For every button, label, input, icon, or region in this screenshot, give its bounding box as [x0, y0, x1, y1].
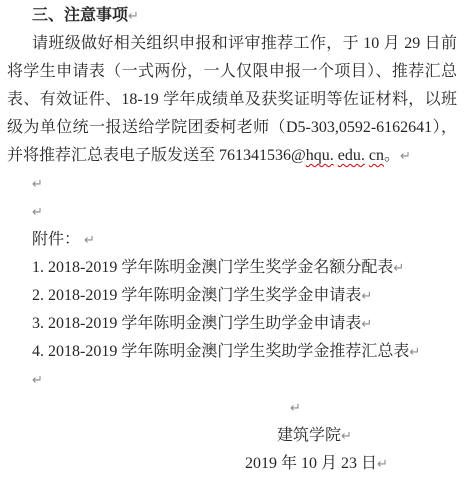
empty-line: ↵ [7, 394, 457, 422]
attachment-item-text: 3. 2018-2019 学年陈明金澳门学生助学金申请表 [32, 315, 361, 332]
paragraph-mark: ↵ [84, 233, 95, 248]
paragraph-mark: ↵ [400, 149, 411, 164]
email-user: 761341536@ [219, 147, 306, 164]
paragraph-mark: ↵ [32, 177, 43, 192]
body-line: 表、有效证件、18-19 学年成绩单及获奖证明等佐证材料，以班 [7, 86, 457, 114]
email-domain-spellcheck: cn [369, 147, 384, 164]
attachment-item: 4. 2018-2019 学年陈明金澳门学生奖助学金推荐汇总表↵ [7, 338, 457, 366]
signature-org: 建筑学院 [277, 427, 341, 444]
attachments-label-line: 附件：↵ [7, 226, 457, 254]
email-trailing-punct: 。 [384, 147, 400, 164]
paragraph-mark: ↵ [32, 373, 43, 388]
paragraph-mark: ↵ [409, 345, 420, 360]
paragraph-mark: ↵ [128, 9, 139, 24]
section-heading-line: 三、注意事项↵ [7, 2, 457, 30]
paragraph-mark: ↵ [393, 261, 404, 276]
empty-line: ↵ [7, 170, 457, 198]
attachments-label: 附件： [32, 231, 80, 248]
paragraph-mark: ↵ [361, 317, 372, 332]
email-domain-spellcheck: edu. [338, 147, 365, 164]
body-line: 请班级做好相关组织申报和评审推荐工作，于 10 月 29 日前 [7, 30, 457, 58]
body-line: 将学生申请表（一式两份，一人仅限申报一个项目）、推荐汇总 [7, 58, 457, 86]
paragraph-mark: ↵ [32, 205, 43, 220]
empty-line: ↵ [7, 366, 457, 394]
paragraph-mark: ↵ [361, 289, 372, 304]
attachment-item: 3. 2018-2019 学年陈明金澳门学生助学金申请表↵ [7, 310, 457, 338]
paragraph-mark: ↵ [341, 429, 352, 444]
body-text: 请班级做好相关组织申报和评审推荐工作，于 10 月 29 日前 [32, 35, 457, 52]
attachment-item-text: 1. 2018-2019 学年陈明金澳门学生奖学金名额分配表 [32, 259, 393, 276]
body-line: 并将推荐汇总表电子版发送至 761341536@hqu.edu.cn。↵ [7, 142, 457, 170]
attachment-item: 1. 2018-2019 学年陈明金澳门学生奖学金名额分配表↵ [7, 254, 457, 282]
signature-date-line: 2019 年 10 月 23 日↵ [7, 450, 457, 478]
body-text: 将学生申请表（一式两份，一人仅限申报一个项目）、推荐汇总 [7, 63, 457, 80]
section-heading: 三、注意事项 [32, 7, 128, 24]
paragraph-mark: ↵ [377, 457, 388, 472]
attachment-item: 2. 2018-2019 学年陈明金澳门学生奖学金申请表↵ [7, 282, 457, 310]
body-text: 并将推荐汇总表电子版发送至 [7, 147, 219, 164]
document-page: 三、注意事项↵ 请班级做好相关组织申报和评审推荐工作，于 10 月 29 日前 … [0, 0, 464, 489]
paragraph-mark: ↵ [290, 401, 301, 416]
signature-org-line: 建筑学院↵ [7, 422, 457, 450]
attachment-item-text: 2. 2018-2019 学年陈明金澳门学生奖学金申请表 [32, 287, 361, 304]
body-line: 级为单位统一报送给学院团委柯老师（D5-303,0592-6162641）， [7, 114, 457, 142]
signature-date: 2019 年 10 月 23 日 [245, 455, 377, 472]
email-domain-spellcheck: hqu. [306, 147, 334, 164]
body-text: 级为单位统一报送给学院团委柯老师（D5-303,0592-6162641）， [7, 119, 457, 136]
empty-line: ↵ [7, 198, 457, 226]
attachment-item-text: 4. 2018-2019 学年陈明金澳门学生奖助学金推荐汇总表 [32, 343, 409, 360]
body-text: 表、有效证件、18-19 学年成绩单及获奖证明等佐证材料，以班 [7, 91, 457, 108]
